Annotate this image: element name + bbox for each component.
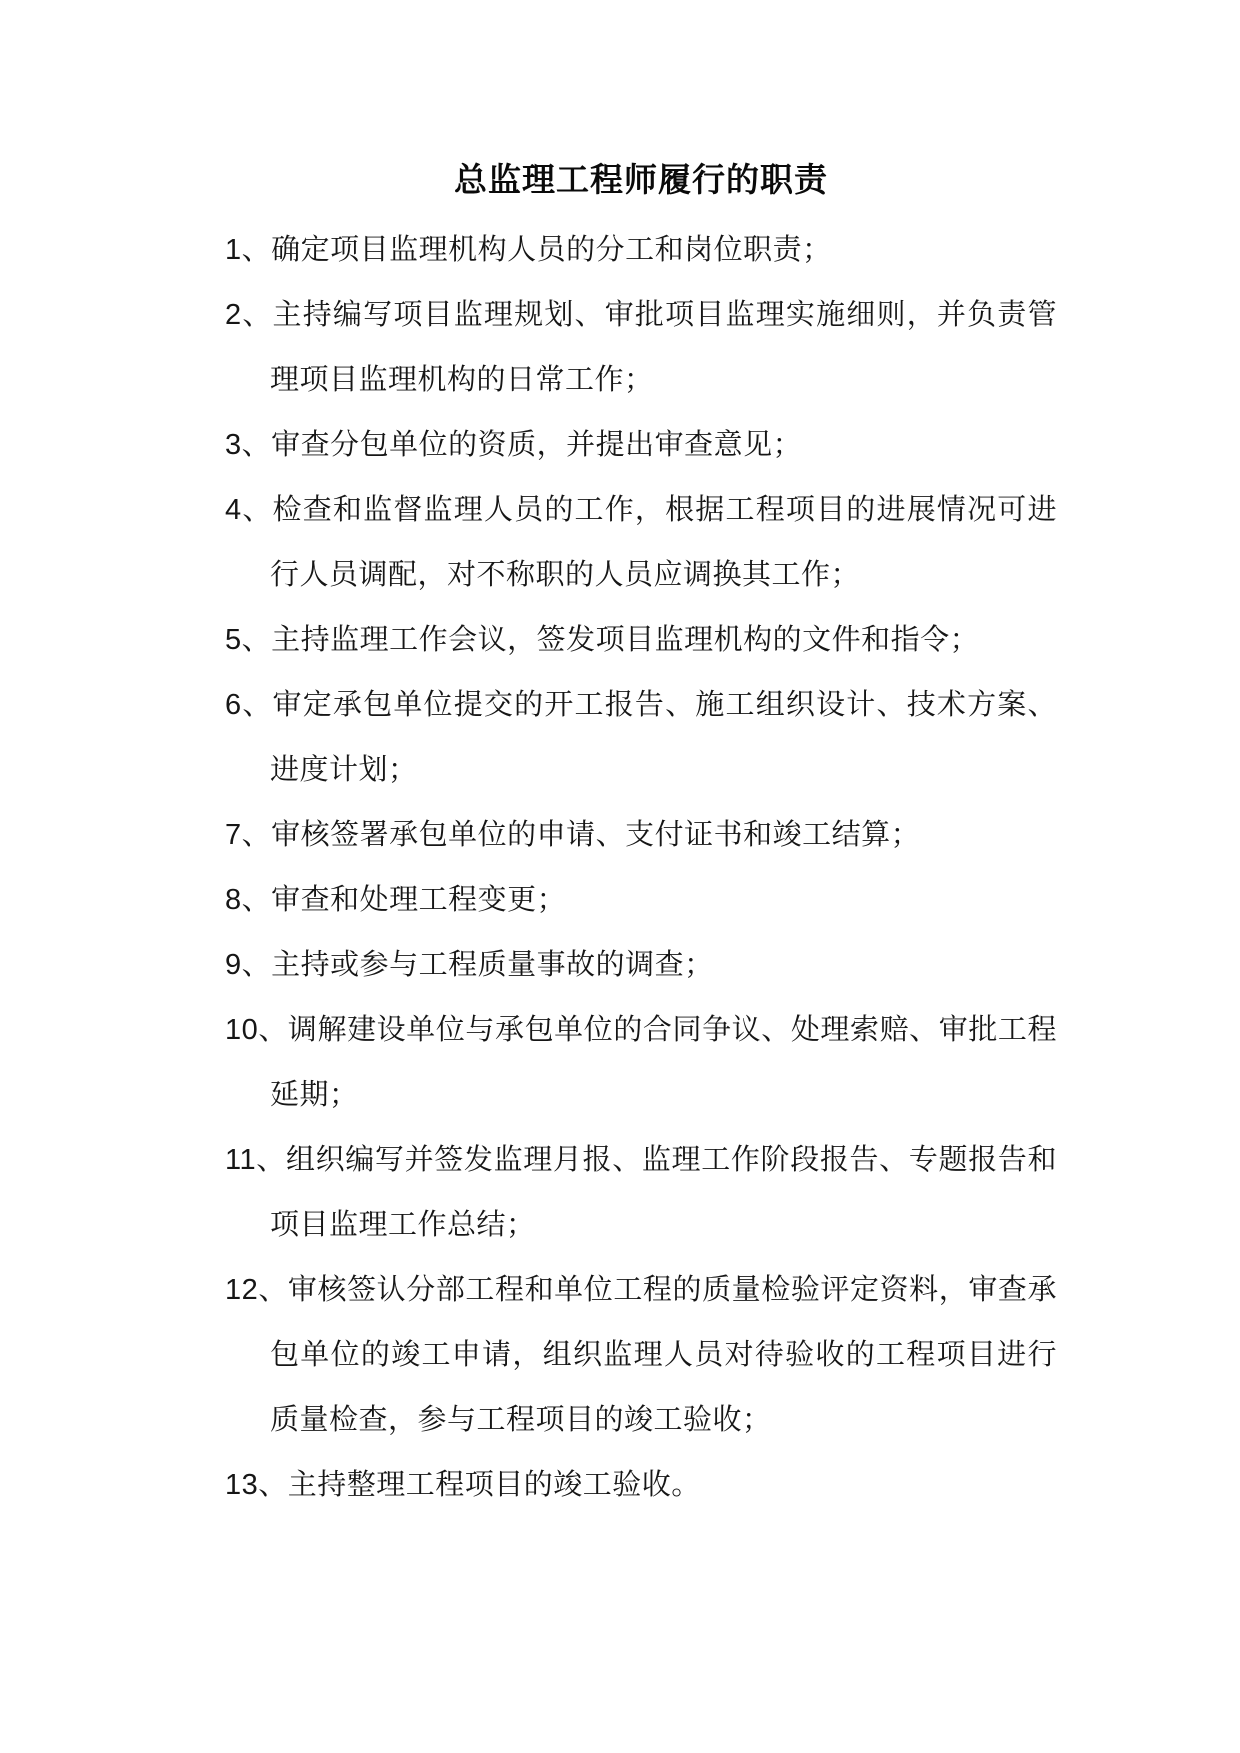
item-text: 组织编写并签发监理月报、监理工作阶段报告、专题报告和项目监理工作总结； [270,1144,1057,1241]
item-number: 5、 [225,624,271,656]
page-title: 总监理工程师履行的职责 [225,160,1057,200]
item-number: 11、 [225,1144,286,1176]
list-item: 2、主持编写项目监理规划、审批项目监理实施细则，并负责管理项目监理机构的日常工作… [225,283,1057,413]
item-text: 审查分包单位的资质，并提出审查意见； [271,429,802,461]
list-item: 6、审定承包单位提交的开工报告、施工组织设计、技术方案、进度计划； [225,673,1057,803]
list-item: 13、主持整理工程项目的竣工验收。 [225,1453,1057,1518]
item-text: 调解建设单位与承包单位的合同争议、处理索赔、审批工程延期； [270,1014,1057,1111]
item-text: 审核签署承包单位的申请、支付证书和竣工结算； [271,819,920,851]
item-text: 审定承包单位提交的开工报告、施工组织设计、技术方案、进度计划； [270,689,1057,786]
item-text: 确定项目监理机构人员的分工和岗位职责； [271,234,832,266]
item-text: 主持编写项目监理规划、审批项目监理实施细则，并负责管理项目监理机构的日常工作； [270,299,1057,396]
item-text: 审核签认分部工程和单位工程的质量检验评定资料，审查承包单位的竣工申请，组织监理人… [270,1274,1057,1436]
item-number: 1、 [225,234,271,266]
item-number: 8、 [225,884,271,916]
item-number: 10、 [225,1014,288,1046]
document-content: 总监理工程师履行的职责 1、确定项目监理机构人员的分工和岗位职责； 2、主持编写… [225,160,1057,1518]
list-item: 12、审核签认分部工程和单位工程的质量检验评定资料，审查承包单位的竣工申请，组织… [225,1258,1057,1453]
item-number: 13、 [225,1469,288,1501]
list-item: 1、确定项目监理机构人员的分工和岗位职责； [225,218,1057,283]
item-number: 4、 [225,494,273,526]
item-text: 检查和监督监理人员的工作，根据工程项目的进展情况可进行人员调配，对不称职的人员应… [270,494,1057,591]
list-item: 10、调解建设单位与承包单位的合同争议、处理索赔、审批工程延期； [225,998,1057,1128]
item-number: 9、 [225,949,271,981]
list-item: 3、审查分包单位的资质，并提出审查意见； [225,413,1057,478]
list-item: 7、审核签署承包单位的申请、支付证书和竣工结算； [225,803,1057,868]
item-number: 12、 [225,1274,288,1306]
list-item: 8、审查和处理工程变更； [225,868,1057,933]
item-number: 6、 [225,689,273,721]
list-item: 9、主持或参与工程质量事故的调查； [225,933,1057,998]
list-item: 11、组织编写并签发监理月报、监理工作阶段报告、专题报告和项目监理工作总结； [225,1128,1057,1258]
item-number: 3、 [225,429,271,461]
item-text: 审查和处理工程变更； [271,884,566,916]
item-number: 2、 [225,299,273,331]
item-number: 7、 [225,819,271,851]
document-page: 总监理工程师履行的职责 1、确定项目监理机构人员的分工和岗位职责； 2、主持编写… [0,0,1240,1753]
list-item: 5、主持监理工作会议，签发项目监理机构的文件和指令； [225,608,1057,673]
list-item: 4、检查和监督监理人员的工作，根据工程项目的进展情况可进行人员调配，对不称职的人… [225,478,1057,608]
duty-list: 1、确定项目监理机构人员的分工和岗位职责； 2、主持编写项目监理规划、审批项目监… [225,218,1057,1518]
item-text: 主持监理工作会议，签发项目监理机构的文件和指令； [271,624,979,656]
item-text: 主持整理工程项目的竣工验收。 [288,1469,701,1501]
item-text: 主持或参与工程质量事故的调查； [271,949,714,981]
